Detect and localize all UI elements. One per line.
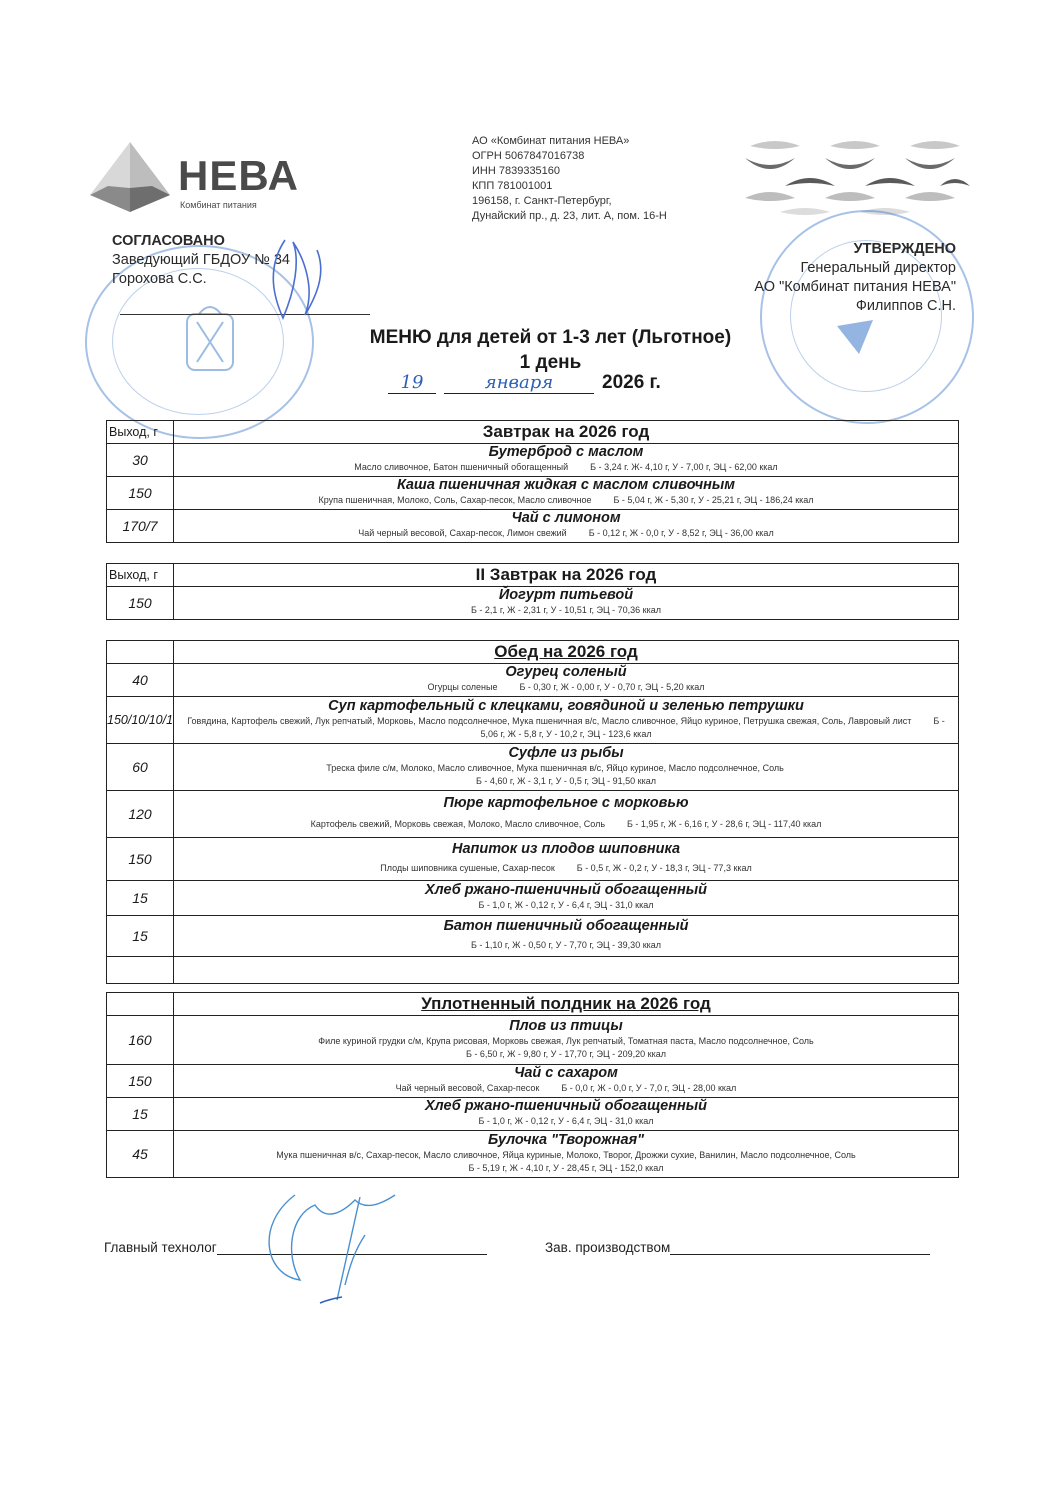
- dish-nutrition: Б - 1,0 г, Ж - 0,12 г, У - 6,4 г, ЭЦ - 3…: [479, 1116, 654, 1126]
- approved-name: Филиппов С.Н.: [754, 297, 956, 316]
- dish-nutrition: Б - 0,12 г, Ж - 0,0 г, У - 8,52 г, ЭЦ - …: [589, 528, 774, 538]
- dish-name: Суфле из рыбы: [174, 745, 958, 762]
- production-head-line: [670, 1238, 930, 1255]
- output-header: Выход, г: [107, 564, 174, 587]
- section-title: Уплотненный полдник на 2026 год: [421, 994, 711, 1013]
- table-row: 30 Бутерброд с маслом Масло сливочное, Б…: [107, 444, 959, 477]
- output-value: 170/7: [107, 510, 174, 543]
- dish-ingredients: Огурцы соленые: [428, 682, 498, 692]
- dish-nutrition: Б - 1,10 г, Ж - 0,50 г, У - 7,70 г, ЭЦ -…: [471, 940, 661, 950]
- dish-name: Хлеб ржано-пшеничный обогащенный: [174, 882, 958, 899]
- chief-technologist-signature: Главный технолог: [104, 1238, 487, 1255]
- output-value: 45: [107, 1131, 174, 1178]
- dish-nutrition: Б - 5,19 г, Ж - 4,10 г, У - 28,45 г, ЭЦ …: [468, 1163, 663, 1173]
- dish-name: Хлеб ржано-пшеничный обогащенный: [174, 1098, 958, 1115]
- requisite-line: 196158, г. Санкт-Петербург,: [472, 194, 667, 209]
- output-value: 150: [107, 1065, 174, 1098]
- dish-nutrition: Б - 0,30 г, Ж - 0,00 г, У - 0,70 г, ЭЦ -…: [519, 682, 704, 692]
- approved-block: УТВЕРЖДЕНО Генеральный директор АО "Комб…: [754, 240, 956, 316]
- dish-nutrition: Б - 2,1 г, Ж - 2,31 г, У - 10,51 г, ЭЦ -…: [471, 605, 661, 615]
- dish-name: Каша пшеничная жидкая с маслом сливочным: [174, 477, 958, 494]
- output-value: 15: [107, 881, 174, 916]
- dish-name: Булочка "Творожная": [174, 1132, 958, 1149]
- output-value: 30: [107, 444, 174, 477]
- dish-nutrition: Б - 4,60 г, Ж - 3,1 г, У - 0,5 г, ЭЦ - 9…: [476, 776, 656, 786]
- table-row: 15 Хлеб ржано-пшеничный обогащенный Б - …: [107, 1098, 959, 1131]
- output-value: 150: [107, 587, 174, 620]
- dish-name: Суп картофельный с клецками, говядиной и…: [174, 698, 958, 715]
- table-row: 150 Йогурт питьевой Б - 2,1 г, Ж - 2,31 …: [107, 587, 959, 620]
- dish-ingredients: Чай черный весовой, Сахар-песок: [396, 1083, 540, 1093]
- requisite-line: КПП 781001001: [472, 179, 667, 194]
- table-row: 40 Огурец соленый Огурцы соленыеБ - 0,30…: [107, 664, 959, 697]
- dish-name: Бутерброд с маслом: [174, 444, 958, 461]
- second-breakfast-table: Выход, г II Завтрак на 2026 год 150 Йогу…: [106, 563, 959, 620]
- output-value: 150: [107, 838, 174, 881]
- table-row: 120 Пюре картофельное с морковью Картофе…: [107, 791, 959, 838]
- dish-name: Плов из птицы: [174, 1018, 958, 1035]
- chief-technologist-label: Главный технолог: [104, 1240, 217, 1255]
- dish-name: Йогурт питьевой: [174, 587, 958, 604]
- output-value: 150/10/10/1: [107, 697, 174, 744]
- output-value: 15: [107, 1098, 174, 1131]
- dish-ingredients: Крупа пшеничная, Молоко, Соль, Сахар-пес…: [318, 495, 591, 505]
- dish-name: Чай с сахаром: [174, 1065, 958, 1082]
- production-head-signature: Зав. производством: [545, 1238, 930, 1255]
- menu-day: 1 день: [0, 352, 1061, 374]
- dish-name: Батон пшеничный обогащенный: [174, 918, 958, 935]
- agreed-position: Заведующий ГБДОУ № 34: [112, 251, 290, 270]
- requisite-line: Дунайский пр., д. 23, лит. А, пом. 16-Н: [472, 209, 667, 224]
- dish-nutrition: Б - 1,95 г, Ж - 6,16 г, У - 28,6 г, ЭЦ -…: [627, 819, 821, 829]
- table-row: 150 Каша пшеничная жидкая с маслом сливо…: [107, 477, 959, 510]
- dish-ingredients: Треска филе с/м, Молоко, Масло сливочное…: [326, 763, 784, 773]
- table-row: 45 Булочка "Творожная" Мука пшеничная в/…: [107, 1131, 959, 1178]
- dish-ingredients: Плоды шиповника сушеные, Сахар-песок: [380, 863, 555, 873]
- chief-technologist-line: [217, 1238, 487, 1255]
- requisite-line: АО «Комбинат питания НЕВА»: [472, 134, 667, 149]
- table-row: 170/7 Чай с лимоном Чай черный весовой, …: [107, 510, 959, 543]
- dish-ingredients: Картофель свежий, Морковь свежая, Молоко…: [311, 819, 605, 829]
- agreed-name: Горохова С.С.: [112, 270, 290, 289]
- approved-org: АО "Комбинат питания НЕВА": [754, 278, 956, 297]
- dish-nutrition: Б - 0,0 г, Ж - 0,0 г, У - 7,0 г, ЭЦ - 28…: [561, 1083, 736, 1093]
- dish-ingredients: Филе куриной грудки с/м, Крупа рисовая, …: [318, 1036, 814, 1046]
- dish-ingredients: Говядина, Картофель свежий, Лук репчатый…: [187, 716, 911, 726]
- dish-nutrition: Б - 1,0 г, Ж - 0,12 г, У - 6,4 г, ЭЦ - 3…: [479, 900, 654, 910]
- output-value: 15: [107, 916, 174, 957]
- dish-nutrition: Б - 3,24 г. Ж- 4,10 г, У - 7,00 г, ЭЦ - …: [590, 462, 778, 472]
- dish-name: Напиток из плодов шиповника: [174, 841, 958, 858]
- output-header: Выход, г: [107, 421, 174, 444]
- output-value: 160: [107, 1016, 174, 1065]
- output-value: 150: [107, 477, 174, 510]
- lunch-table: Обед на 2026 год 40 Огурец соленый Огурц…: [106, 640, 959, 984]
- approved-position: Генеральный директор: [754, 259, 956, 278]
- logo-subtitle: Комбинат питания: [180, 200, 257, 210]
- pyramid-logo-icon: [88, 140, 173, 215]
- dish-name: Пюре картофельное с морковью: [174, 795, 958, 812]
- approved-heading: УТВЕРЖДЕНО: [754, 240, 956, 259]
- company-logo: НЕВА Комбинат питания: [88, 140, 338, 220]
- company-requisites: АО «Комбинат питания НЕВА» ОГРН 50678470…: [472, 134, 667, 224]
- table-row: 150 Напиток из плодов шиповника Плоды ши…: [107, 838, 959, 881]
- date-year: 2026 г.: [602, 372, 661, 393]
- date-day: 19: [388, 372, 436, 394]
- table-row-empty: [107, 957, 959, 984]
- agreed-signature-line: [120, 314, 370, 315]
- dish-name: Чай с лимоном: [174, 510, 958, 527]
- afternoon-snack-table: Уплотненный полдник на 2026 год 160 Плов…: [106, 992, 959, 1178]
- dish-nutrition: Б - 0,5 г, Ж - 0,2 г, У - 18,3 г, ЭЦ - 7…: [577, 863, 752, 873]
- agreed-block: СОГЛАСОВАНО Заведующий ГБДОУ № 34 Горохо…: [112, 232, 290, 289]
- requisite-line: ОГРН 5067847016738: [472, 149, 667, 164]
- dish-name: Огурец соленый: [174, 664, 958, 681]
- breakfast-table: Выход, г Завтрак на 2026 год 30 Бутербро…: [106, 420, 959, 543]
- date-month: января: [444, 372, 594, 394]
- section-title: II Завтрак на 2026 год: [174, 564, 959, 587]
- table-row: 150 Чай с сахаром Чай черный весовой, Са…: [107, 1065, 959, 1098]
- menu-date: 19января2026 г.: [388, 372, 661, 394]
- dish-ingredients: Чай черный весовой, Сахар-песок, Лимон с…: [358, 528, 566, 538]
- table-row: 60 Суфле из рыбы Треска филе с/м, Молоко…: [107, 744, 959, 791]
- dish-nutrition: Б - 6,50 г, Ж - 9,80 г, У - 17,70 г, ЭЦ …: [466, 1049, 666, 1059]
- section-title: Обед на 2026 год: [494, 642, 638, 661]
- output-value: 120: [107, 791, 174, 838]
- agreed-heading: СОГЛАСОВАНО: [112, 232, 290, 251]
- dish-ingredients: Мука пшеничная в/с, Сахар-песок, Масло с…: [276, 1150, 855, 1160]
- output-value: 40: [107, 664, 174, 697]
- table-row: 160 Плов из птицы Филе куриной грудки с/…: [107, 1016, 959, 1065]
- section-title: Завтрак на 2026 год: [174, 421, 959, 444]
- dish-ingredients: Масло сливочное, Батон пшеничный обогаще…: [354, 462, 568, 472]
- table-row: 15 Хлеб ржано-пшеничный обогащенный Б - …: [107, 881, 959, 916]
- wave-pattern-icon: [740, 140, 970, 220]
- production-head-label: Зав. производством: [545, 1240, 670, 1255]
- table-row: 15 Батон пшеничный обогащенный Б - 1,10 …: [107, 916, 959, 957]
- dish-nutrition: Б - 5,04 г, Ж - 5,30 г, У - 25,21 г, ЭЦ …: [614, 495, 814, 505]
- requisite-line: ИНН 7839335160: [472, 164, 667, 179]
- logo-wordmark: НЕВА: [178, 152, 299, 200]
- output-value: 60: [107, 744, 174, 791]
- menu-title: МЕНЮ для детей от 1-3 лет (Льготное): [0, 327, 1061, 349]
- table-row: 150/10/10/1 Суп картофельный с клецками,…: [107, 697, 959, 744]
